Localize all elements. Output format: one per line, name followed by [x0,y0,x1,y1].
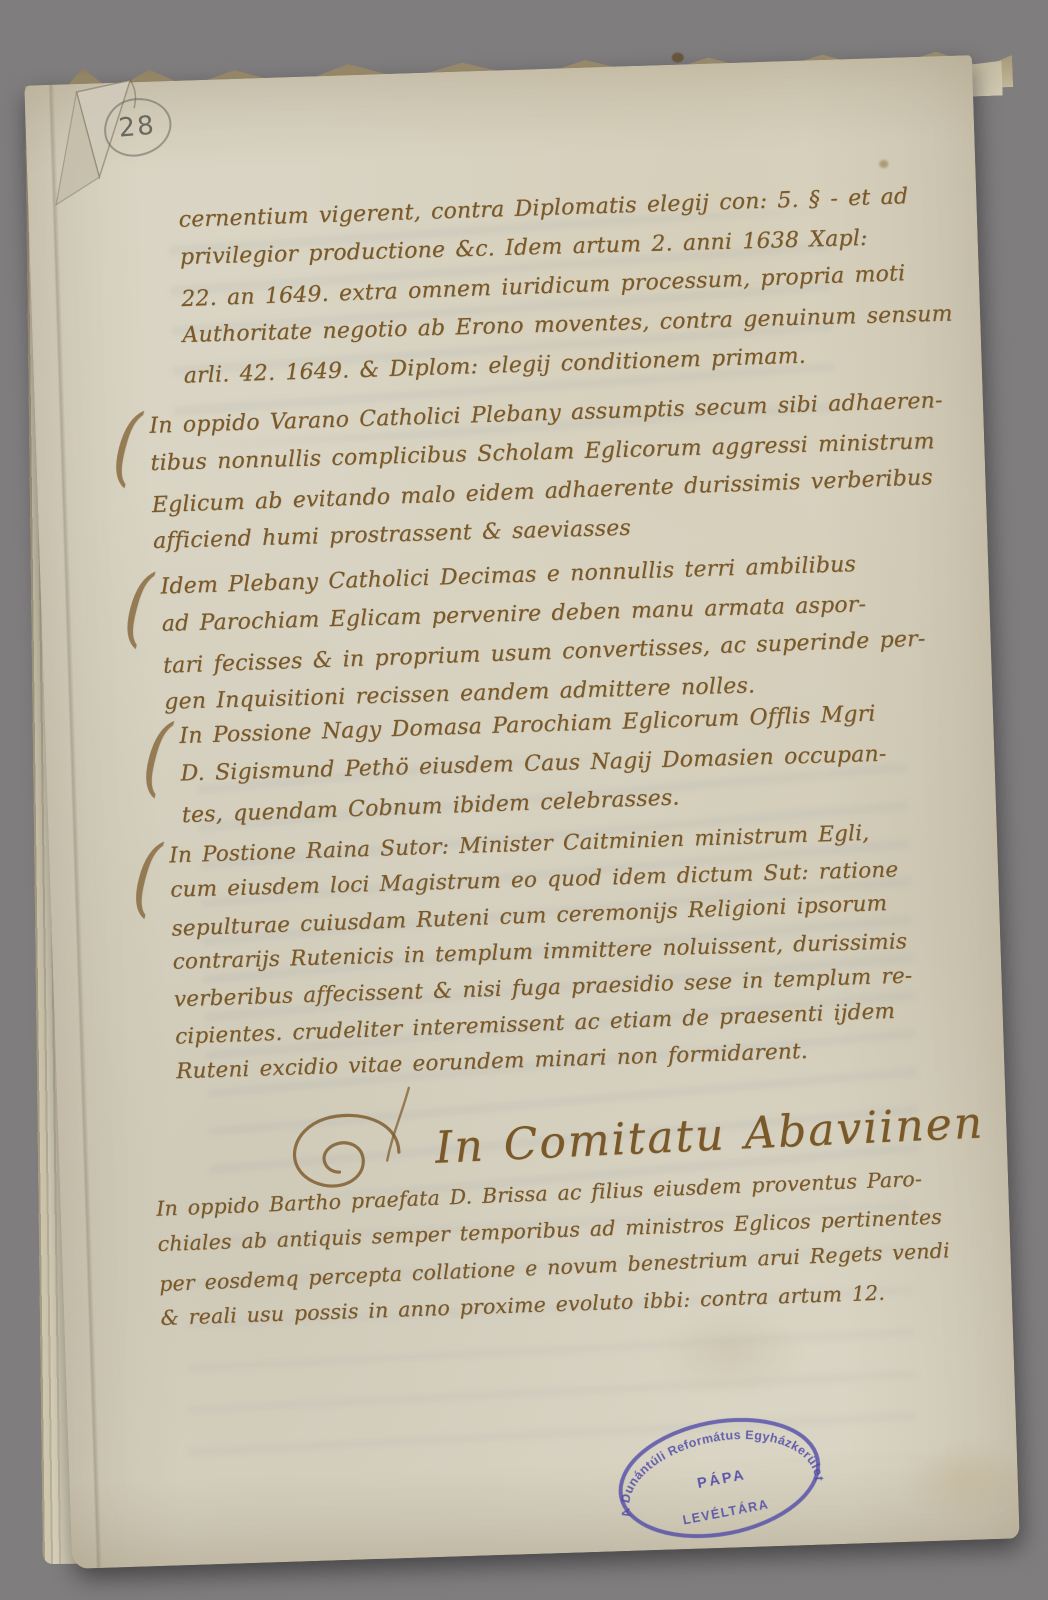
manuscript-paragraph: ( In Postione Raina Sutor: Minister Cait… [169,815,916,1091]
paragraph-swash-flourish: ( [131,852,161,903]
manuscript-page: 28 cernentium vigerent, contra Diplomati… [24,55,1019,1569]
manuscript-paragraph: ( In Possione Nagy Domasa Parochiam Egli… [179,694,889,834]
stamp-bottom-text: LEVÉLTÁRA [681,1496,770,1527]
paragraph-lines: In oppido Varano Catholici Plebany assum… [149,381,947,563]
folio-number: 28 [118,111,157,144]
manuscript-paragraph: In oppido Bartho praefata D. Brissa ac f… [156,1160,952,1339]
archive-stamp: A Dunántúli Református Egyházkerület PÁP… [599,1392,840,1566]
page-content: 28 cernentium vigerent, contra Diplomati… [24,55,1019,1569]
paragraph-swash-flourish: ( [122,580,153,635]
paragraph-lines: In Possione Nagy Domasa Parochiam Eglico… [179,694,889,834]
paragraph-lines: In Postione Raina Sutor: Minister Caitmi… [169,815,916,1091]
scanned-manuscript-view: 28 cernentium vigerent, contra Diplomati… [0,0,1048,1600]
paragraph-swash-flourish: ( [141,730,172,785]
manuscript-paragraph: ( In oppido Varano Catholici Plebany ass… [149,381,947,563]
paragraph-swash-flourish: ( [111,420,142,475]
stamp-center-text: PÁPA [696,1466,748,1492]
ink-stain [672,52,684,62]
paper-stain [898,1434,1031,1523]
manuscript-paragraph: cernentium vigerent, contra Diplomatis e… [178,176,954,396]
paper-stain [879,160,888,168]
